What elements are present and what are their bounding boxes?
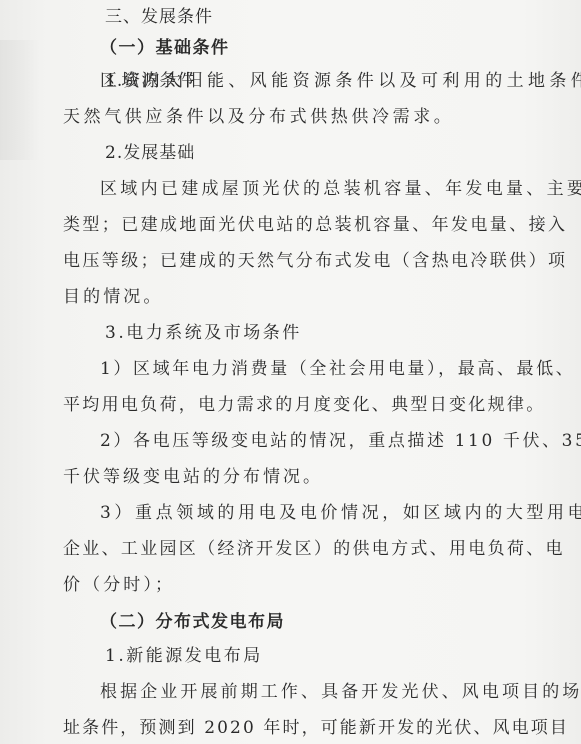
subsection-2-title: （二）分布式发电布局	[100, 611, 285, 633]
item-heading-power-system: 3.电力系统及市场条件	[105, 322, 302, 344]
paragraph-line: 类型；已建成地面光伏电站的总装机容量、年发电量、接入	[63, 214, 567, 236]
item-heading-new-energy-layout: 1.新能源发电布局	[105, 645, 263, 667]
section-title: 三、发展条件	[105, 6, 213, 28]
paragraph-line: 3）重点领域的用电及电价情况，如区域内的大型用电	[100, 502, 581, 524]
paragraph-line: 企业、工业园区（经济开发区）的供电方式、用电负荷、电	[63, 538, 565, 560]
paragraph-line: 区域内已建成屋顶光伏的总装机容量、年发电量、主要	[100, 178, 581, 200]
subsection-1-title: （一）基础条件	[100, 37, 230, 59]
paragraph-line: 区域内太阳能、风能资源条件以及可利用的土地条件，	[100, 70, 581, 92]
paragraph-line: 价（分时）；	[63, 574, 175, 596]
paragraph-line: 1）区域年电力消费量（全社会用电量），最高、最低、	[100, 358, 575, 380]
paragraph-line: 2）各电压等级变电站的情况，重点描述 110 千伏、35	[100, 430, 581, 452]
paragraph-line: 电压等级；已建成的天然气分布式发电（含热电冷联供）项	[63, 250, 567, 272]
paragraph-line: 根据企业开展前期工作、具备开发光伏、风电项目的场	[100, 681, 581, 703]
paragraph-line: 千伏等级变电站的分布情况。	[63, 466, 323, 488]
document-page: 三、发展条件 （一）基础条件 1.资源条件 区域内太阳能、风能资源条件以及可利用…	[0, 0, 581, 744]
paragraph-line: 目的情况。	[63, 286, 164, 308]
item-heading-development-basis: 2.发展基础	[105, 142, 195, 164]
scan-shadow	[0, 40, 40, 160]
paragraph-line: 天然气供应条件以及分布式供热供冷需求。	[63, 106, 454, 128]
paragraph-line: 平均用电负荷，电力需求的月度变化、典型日变化规律。	[63, 394, 546, 416]
paragraph-line: 址条件，预测到 2020 年时，可能新开发的光伏、风电项目	[63, 717, 569, 739]
